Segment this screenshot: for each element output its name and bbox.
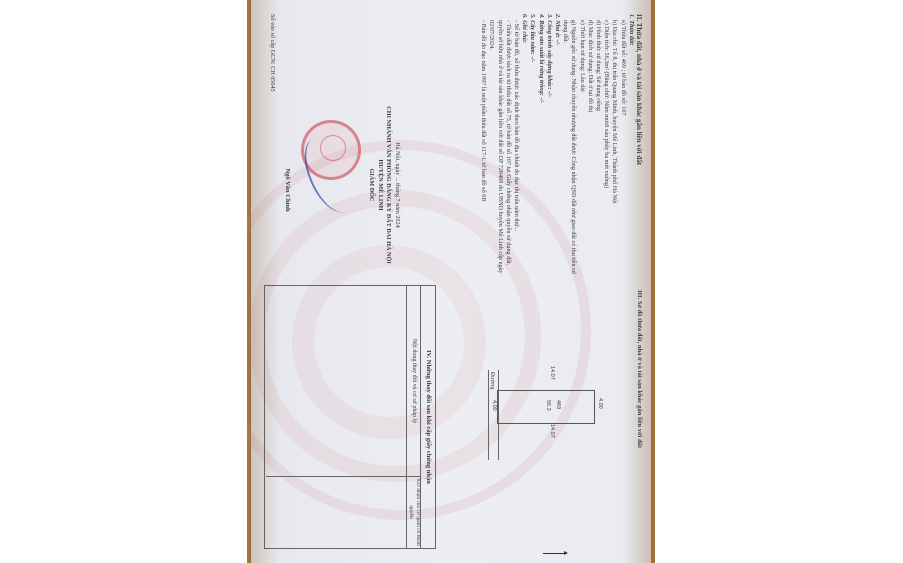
place-date: Hà Nội, ngày ... tháng 7 năm 2024 bbox=[393, 90, 402, 280]
parcel-diagram: 4.00 14.07 14.07 469 56.3 4.00 Đường bbox=[491, 360, 611, 470]
section-iii: III. Sơ đồ thửa đất, nhà ở và tài sản kh… bbox=[636, 290, 643, 555]
left-length-label: 14.07 bbox=[549, 366, 555, 380]
section-ii-title: II. Thửa đất, nhà ở và tài sản khác gắn … bbox=[635, 14, 643, 279]
section-ii-parcel-info: II. Thửa đất, nhà ở và tài sản khác gắn … bbox=[479, 14, 643, 279]
parcel-number-label: 469 bbox=[555, 400, 561, 409]
section-iv-title: IV. Những thay đổi sau khi cấp giấy chứn… bbox=[420, 286, 435, 548]
north-arrow-icon bbox=[543, 553, 565, 554]
changes-table: IV. Những thay đổi sau khi cấp giấy chứn… bbox=[264, 285, 436, 549]
perennial-line: 5. Cây lâu năm: -/- bbox=[528, 14, 536, 279]
road-edge-line bbox=[498, 370, 499, 460]
signer-position: GIÁM ĐỐC bbox=[367, 90, 376, 280]
parcel-item: d) Hình thức sử dụng: Sử dụng riêng bbox=[594, 14, 602, 279]
top-width-label: 4.00 bbox=[597, 398, 603, 409]
issuing-org: CHI NHÁNH VĂN PHÒNG ĐĂNG KÝ ĐẤT ĐAI HÀ N… bbox=[384, 90, 393, 280]
parcel-item: b) Địa chỉ: Tổ 8, thị trấn Quang Minh, h… bbox=[610, 14, 618, 279]
parcel-item: c) Diện tích: 56,3m² (Bằng chữ: Năm mươi… bbox=[602, 14, 610, 279]
parcel-item: g) Nguồn gốc sử dụng: Nhận chuyển nhượng… bbox=[561, 14, 577, 279]
signer-name: Ngô Văn Chinh bbox=[284, 100, 291, 280]
parcel-item: a) Thửa đất số: 469 ; tờ bản đồ số: 107 bbox=[618, 14, 626, 279]
certificate-page: II. Thửa đất, nhà ở và tài sản khác gắn … bbox=[251, 0, 651, 563]
bottom-width-label: 4.00 bbox=[491, 400, 497, 411]
column-divider bbox=[266, 476, 407, 477]
signature-block: Hà Nội, ngày ... tháng 7 năm 2024 CHI NH… bbox=[367, 90, 401, 280]
issuing-org-district: HUYỆN MÊ LINH bbox=[376, 90, 385, 280]
note-item: - Thửa đất được tách ra từ thửa đất số 7… bbox=[487, 14, 512, 279]
construction-line: 3. Công trình xây dựng khác: -/- bbox=[545, 14, 553, 279]
note-item: - Số tờ bản đồ, số thửa được xác định th… bbox=[512, 14, 520, 279]
forest-line: 4. Rừng sản xuất là rừng trồng: -/- bbox=[536, 14, 544, 279]
column-header-confirmation: Xác nhận của cơ quan có thẩm quyền bbox=[406, 476, 421, 548]
certificate-serial: Số vào sổ cấp GCN: CH 05645 bbox=[269, 14, 276, 92]
section-iii-title: III. Sơ đồ thửa đất, nhà ở và tài sản kh… bbox=[636, 290, 643, 555]
road-label: Đường bbox=[489, 372, 495, 389]
parcel-heading: 1. Thửa đất: bbox=[627, 14, 635, 279]
document-photo: II. Thửa đất, nhà ở và tài sản khác gắn … bbox=[247, 0, 655, 563]
notes-heading: 6. Ghi chú: bbox=[520, 14, 528, 279]
parcel-item: e) Thời hạn sử dụng: Lâu dài bbox=[577, 14, 585, 279]
note-item: - Bản đồ đo đạc năm 1997 là một phần thử… bbox=[479, 14, 487, 279]
right-length-label: 14.07 bbox=[549, 424, 555, 438]
house-line: 2. Nhà ở: -/- bbox=[553, 14, 561, 279]
column-header-changes: Nội dung thay đổi và cơ sở pháp lý bbox=[406, 286, 421, 477]
parcel-item: đ) Mục đích sử dụng: Đất ở tại đô thị bbox=[586, 14, 594, 279]
parcel-area-label: 56.3 bbox=[545, 400, 551, 411]
